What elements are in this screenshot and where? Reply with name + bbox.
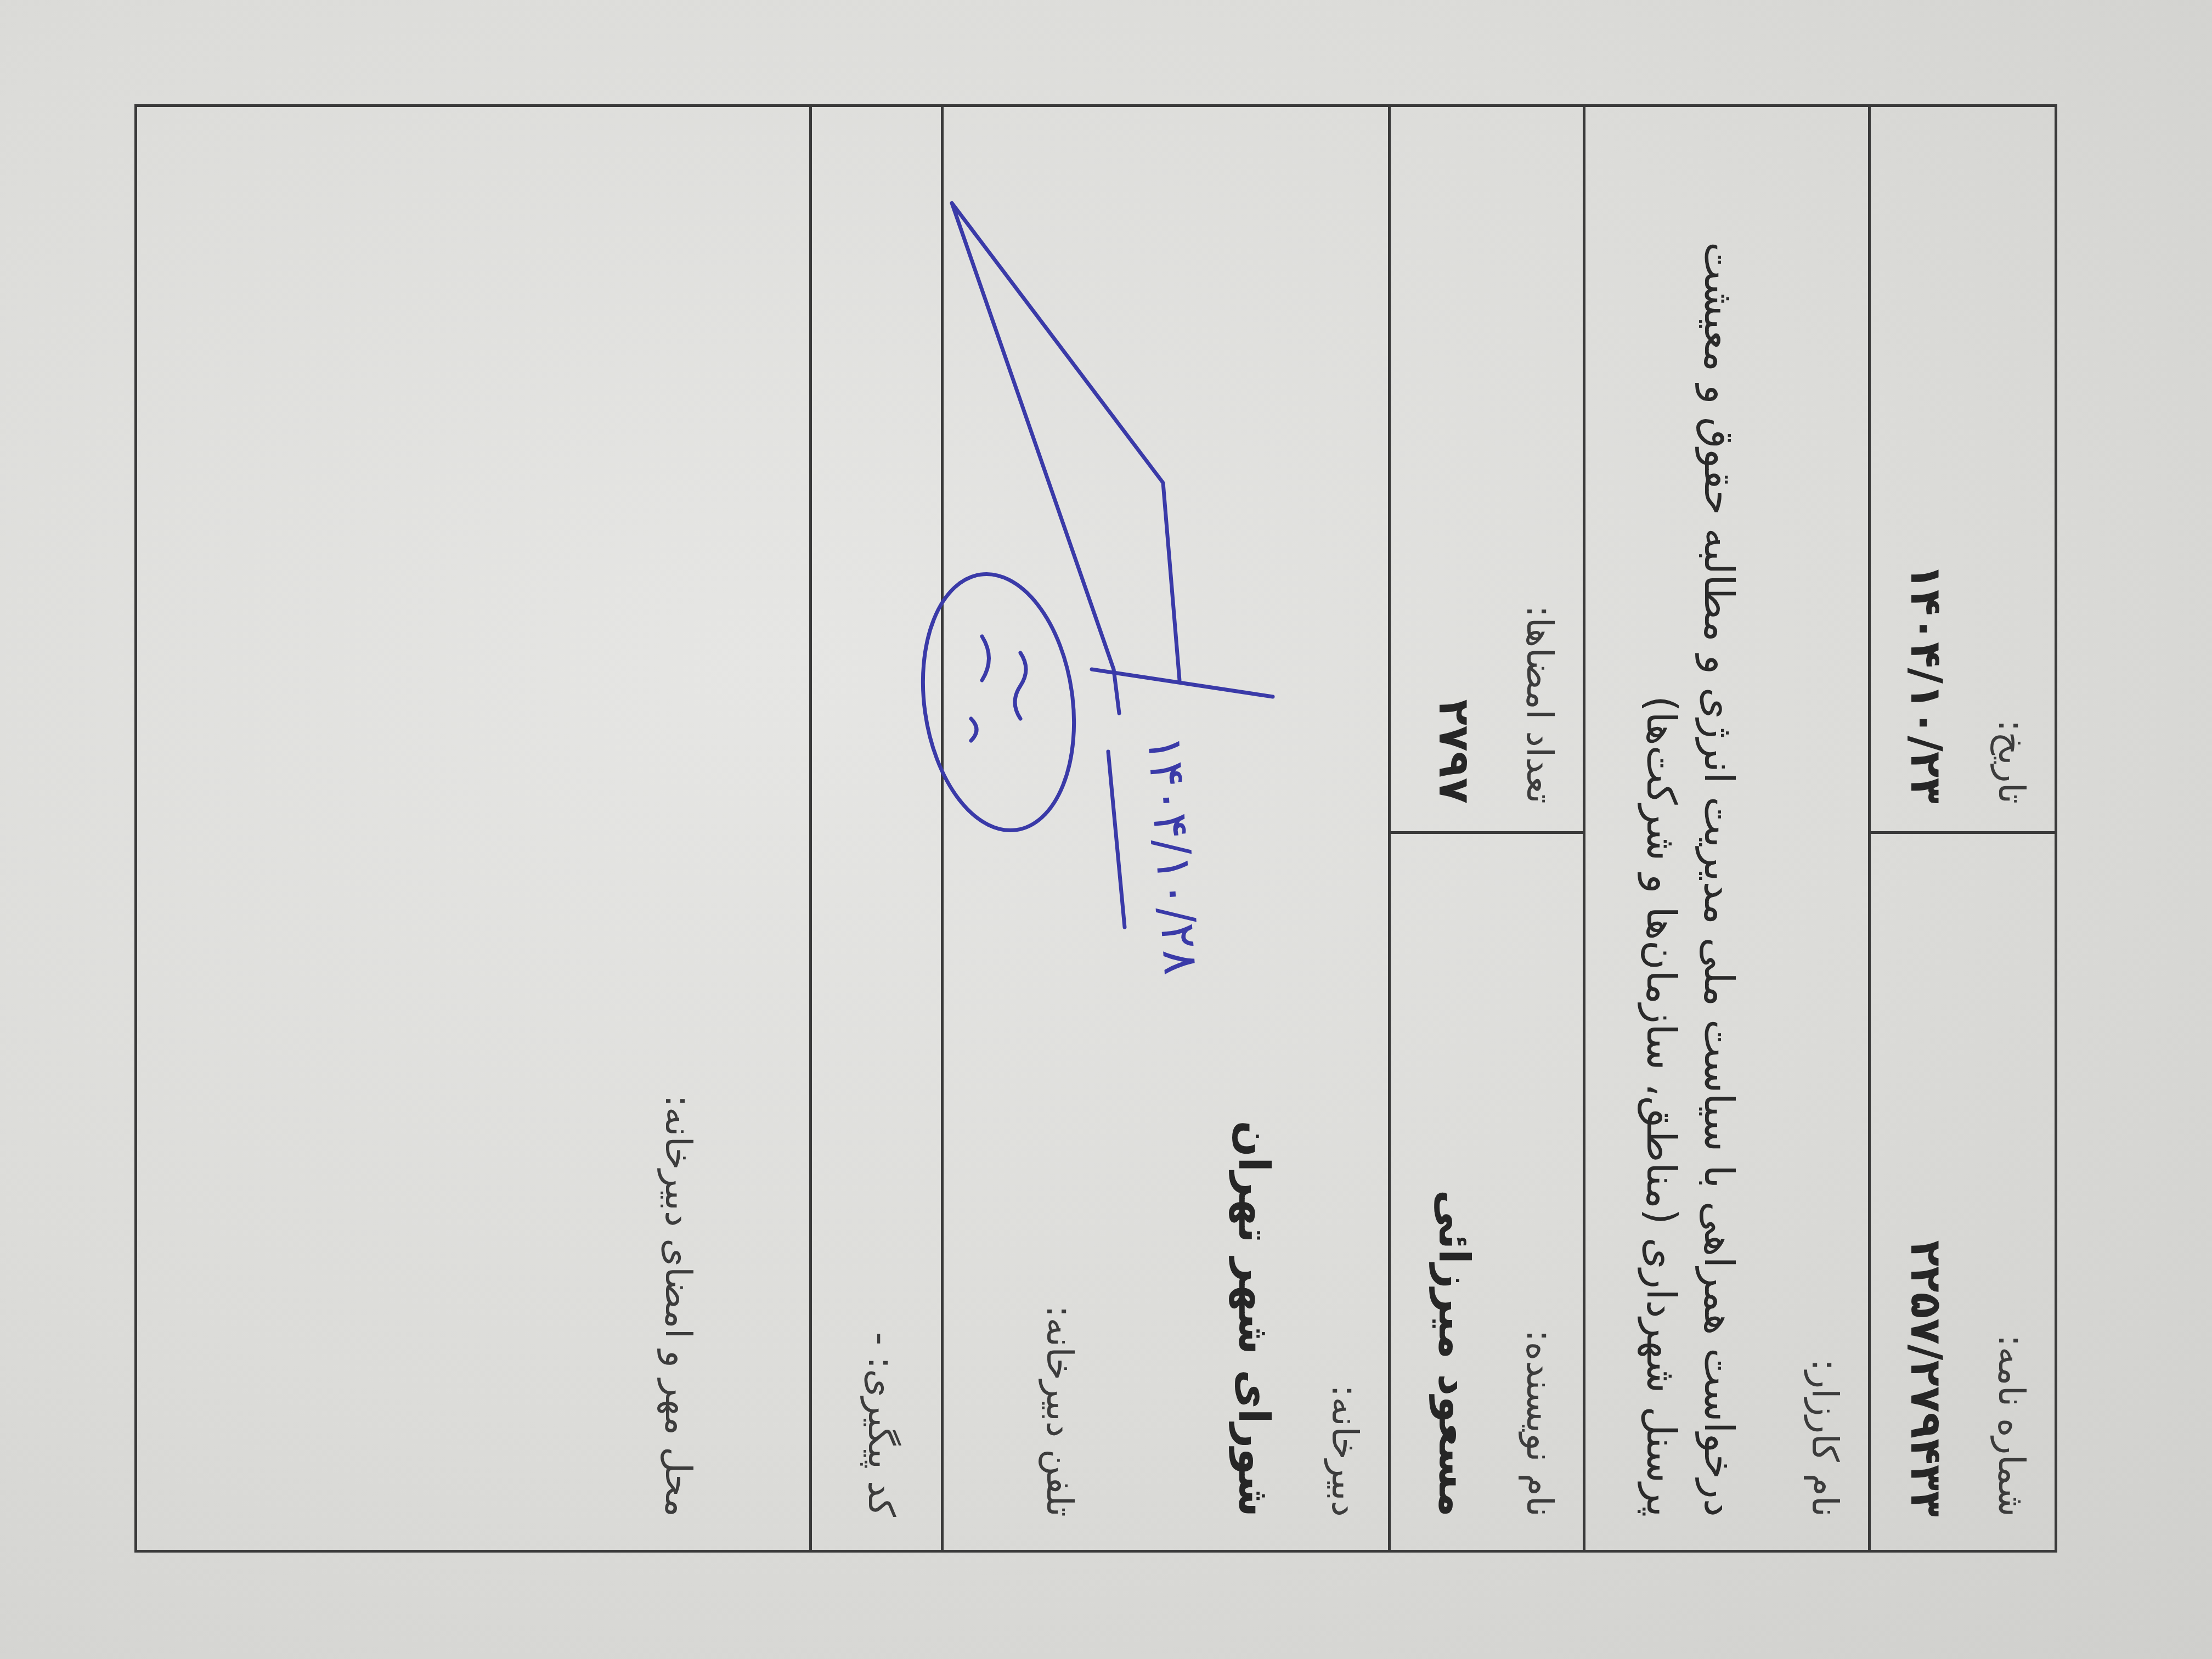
letter-number-value: ۲۲۵۷/۲۷۹۴۳۳ bbox=[1901, 1240, 1950, 1517]
signatures-value: ۲۷۹۷ bbox=[1429, 699, 1479, 804]
signatures-cell: تعداد امضاها: ۲۷۹۷ bbox=[1391, 107, 1583, 837]
secretariat-phone-label: تلفن دبیرخانه: bbox=[1039, 1305, 1081, 1517]
secretariat-label: دبیرخانه: bbox=[1324, 1385, 1366, 1517]
date-cell: تاریخ: ۱۴۰۴/۱۰/۲۳ bbox=[1871, 107, 2055, 837]
row-tracking-code: کد پیگیری: - bbox=[809, 104, 944, 1553]
campaign-label: نام کارزار: bbox=[1804, 1359, 1846, 1517]
row-stamp-area: محل مهر و امضای دبیرخانه: bbox=[134, 104, 812, 1553]
row-campaign: نام کارزار: درخواست همراهی با سیاست ملی … bbox=[1583, 104, 1871, 1553]
row-author: نام نویسنده: مسعود میرزائی تعداد امضاها:… bbox=[1388, 104, 1585, 1553]
stamp-label: محل مهر و امضای دبیرخانه: bbox=[657, 1094, 699, 1517]
date-label: تاریخ: bbox=[1990, 719, 2033, 804]
campaign-name: درخواست همراهی با سیاست ملی مدیریت انرژی… bbox=[1632, 140, 1747, 1517]
author-cell: نام نویسنده: مسعود میرزائی bbox=[1391, 831, 1583, 1550]
row-secretariat: دبیرخانه: شورای شهر تهران تلفن دبیرخانه: bbox=[941, 104, 1391, 1553]
date-value: ۱۴۰۴/۱۰/۲۳ bbox=[1901, 563, 1950, 804]
letter-number-label: شماره نامه: bbox=[1990, 1335, 2033, 1517]
signatures-label: تعداد امضاها: bbox=[1519, 605, 1561, 804]
secretariat-value: شورای شهر تهران bbox=[1229, 1121, 1278, 1517]
tracking-code-label: کد پیگیری: - bbox=[860, 1332, 902, 1517]
author-value: مسعود میرزائی bbox=[1429, 1190, 1479, 1517]
row-letter-info: شماره نامه: ۲۲۵۷/۲۷۹۴۳۳ تاریخ: ۱۴۰۴/۱۰/۲… bbox=[1868, 104, 2057, 1553]
petition-receipt-form: شماره نامه: ۲۲۵۷/۲۷۹۴۳۳ تاریخ: ۱۴۰۴/۱۰/۲… bbox=[134, 104, 2057, 1553]
letter-number-cell: شماره نامه: ۲۲۵۷/۲۷۹۴۳۳ bbox=[1871, 831, 2055, 1550]
author-label: نام نویسنده: bbox=[1519, 1330, 1561, 1517]
